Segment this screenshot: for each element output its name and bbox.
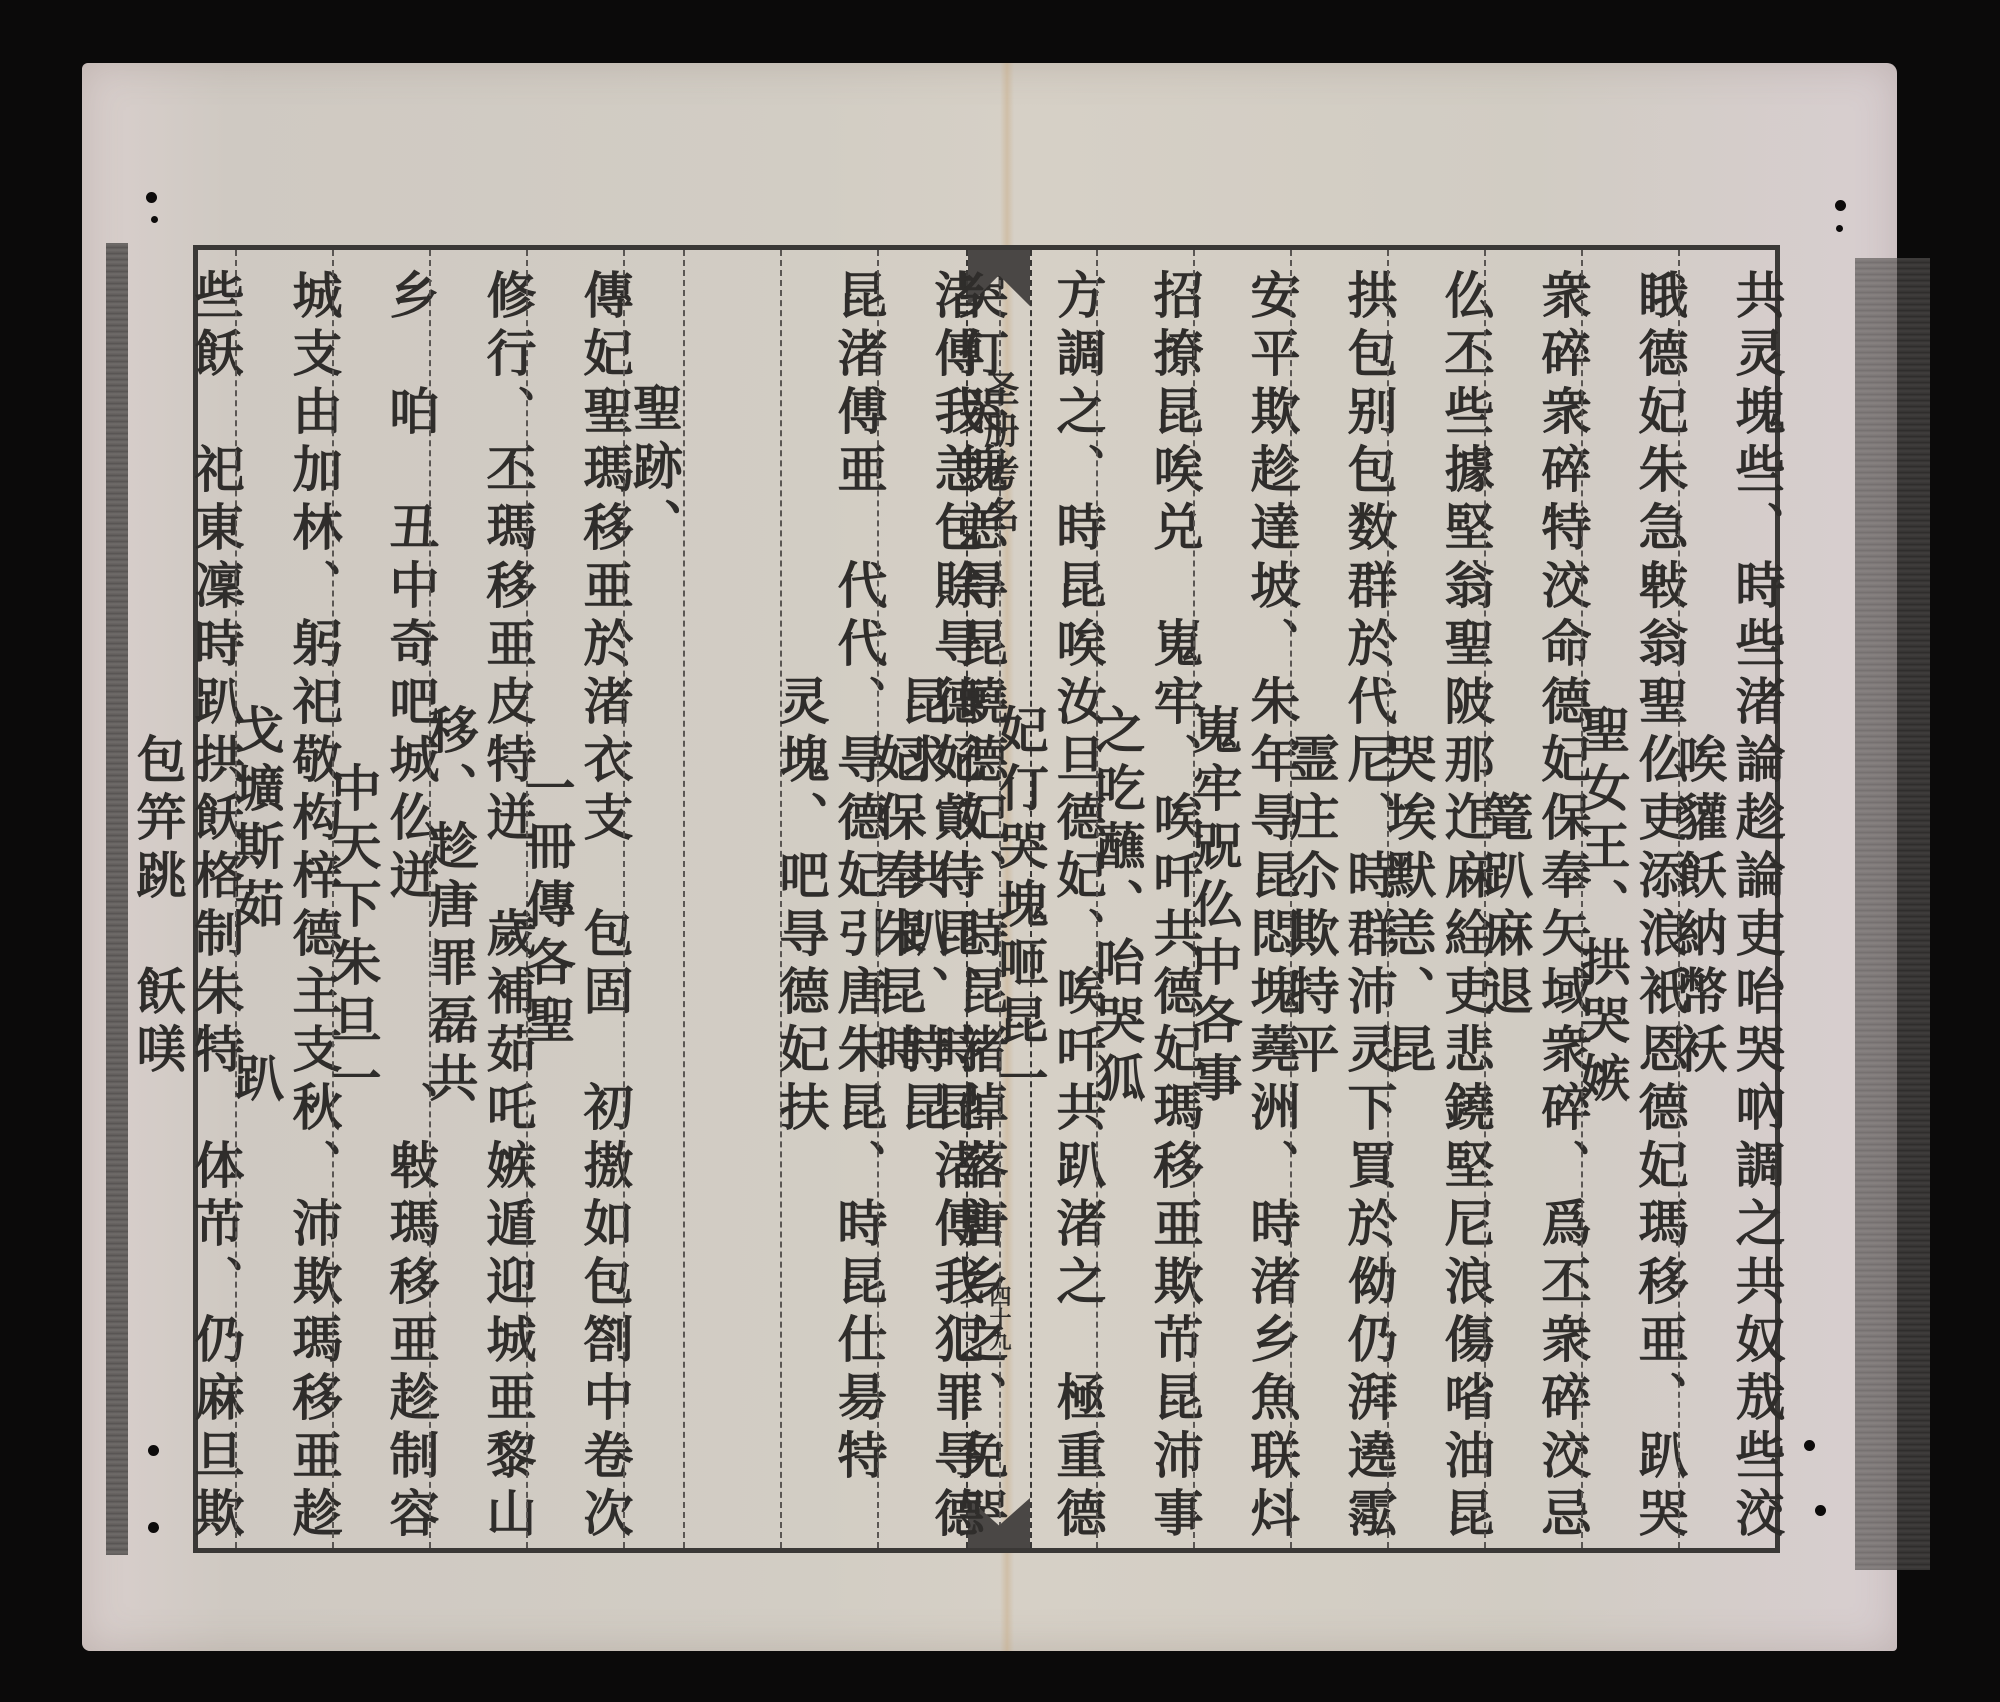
text-column: 拱包别包数群於代尼、時群沛灵下買於㑃仍湃遶霐霊庄尒欺特平 <box>1290 250 1387 1548</box>
binding-hole <box>151 216 158 223</box>
binding-hole <box>1804 1440 1815 1451</box>
binding-hole <box>1835 200 1846 211</box>
text-column: 衆碎衆碎特洨命德妃保奉矢域衆碎、爲丕衆碎洨忌篭趴麻退 <box>1484 250 1581 1548</box>
text-column: 招撩昆唉兑𢠩嵬牢、唉吀共德妃瑪移亜欺芇昆沛事之吃蘸、咍哭狐 <box>1096 250 1193 1548</box>
text-column: 乡𦖻㕷𦖻丑中奇吧城仫迸𡂳𩸄𤮃、㪏瑪移亜趁制容𨁪中天下朱旦一 <box>332 250 429 1548</box>
text-column: 城支由加林、躬祀敬构梓德主支秋、沛欺瑪移亜趁戈壙斯茹𢇉𧶮趴 <box>235 250 332 1548</box>
text-column: 渚傅我恙包賖㝵德妃㕢侍昆、時昆渚傅我犯罪㝵德妃保奉朱昆時 <box>877 250 974 1548</box>
binding-hole <box>146 192 157 203</box>
text-column: 共灵塊些、時些渚論趁論吏咍哭吶調之共奴㦲些洨唉貛飫納幣袄 <box>1678 250 1775 1548</box>
left-margin-ink-rubbing <box>106 243 128 1555</box>
text-column: 昆渚傅亜𠃅代代、㝵德妃引唐朱昆、時昆仕昜特𥻸灵塊、吧㝵德妃扶 <box>780 250 877 1548</box>
text-column: 些飫𥙩祀東凜時趴拱飫格制朱特𥙩体芇、仍麻旦欺包笄跳𡨌飫𠸍 <box>138 250 235 1548</box>
print-frame: 共灵塊些、時些渚論趁論吏咍哭吶調之共奴㦲些洨唉貛飫納幣袄 睋德妃朱急㪏翁聖仫吏添… <box>193 245 1780 1553</box>
text-column: 傳妃聖瑪移亜於渚衣支𡗶包固𣋽初𢳆如包劄中卷次一冊傳各聖 <box>526 250 623 1548</box>
binding-hole <box>1836 225 1843 232</box>
binding-hole <box>1815 1505 1826 1516</box>
right-half-page: 共灵塊些、時些渚論趁論吏咍哭吶調之共奴㦲些洨唉貛飫納幣袄 睋德妃朱急㪏翁聖仫吏添… <box>999 250 1775 1548</box>
text-column: 𧦕朱昆、時联罕昆仕特達天堂、渚之昆唉據如丕、時昆仕特事𩇢代代 <box>683 250 780 1548</box>
right-margin-ink-rubbing <box>1855 258 1930 1570</box>
text-column: 仫丕些據堅翁聖陂那迮麻絟吏悲鐃堅尼浪傷㗂油昆哭埃默恙、昆 <box>1387 250 1484 1548</box>
left-half-page: 渚傅我恙包賖㝵德妃㕢侍昆、時昆渚傅我犯罪㝵德妃保奉朱昆時 昆渚傅亜𠃅代代、㝵德妃… <box>198 250 974 1548</box>
text-column: 睋德妃朱急㪏翁聖仫吏添浪衹恩德妃瑪移亜、趴哭聖女王、拱哭嫉 <box>1581 250 1678 1548</box>
text-column: 修行、丕瑪移亜皮特迸𡂳歲補茹吒嫉遁迎城亜黎山移、趁唐罪磊共 <box>429 250 526 1548</box>
text-column: 安平欺趁達坡、朱年㝵昆悶塊蕘洲、時渚乡魚联炓嵬牢㒭仫中各事 <box>1193 250 1290 1548</box>
